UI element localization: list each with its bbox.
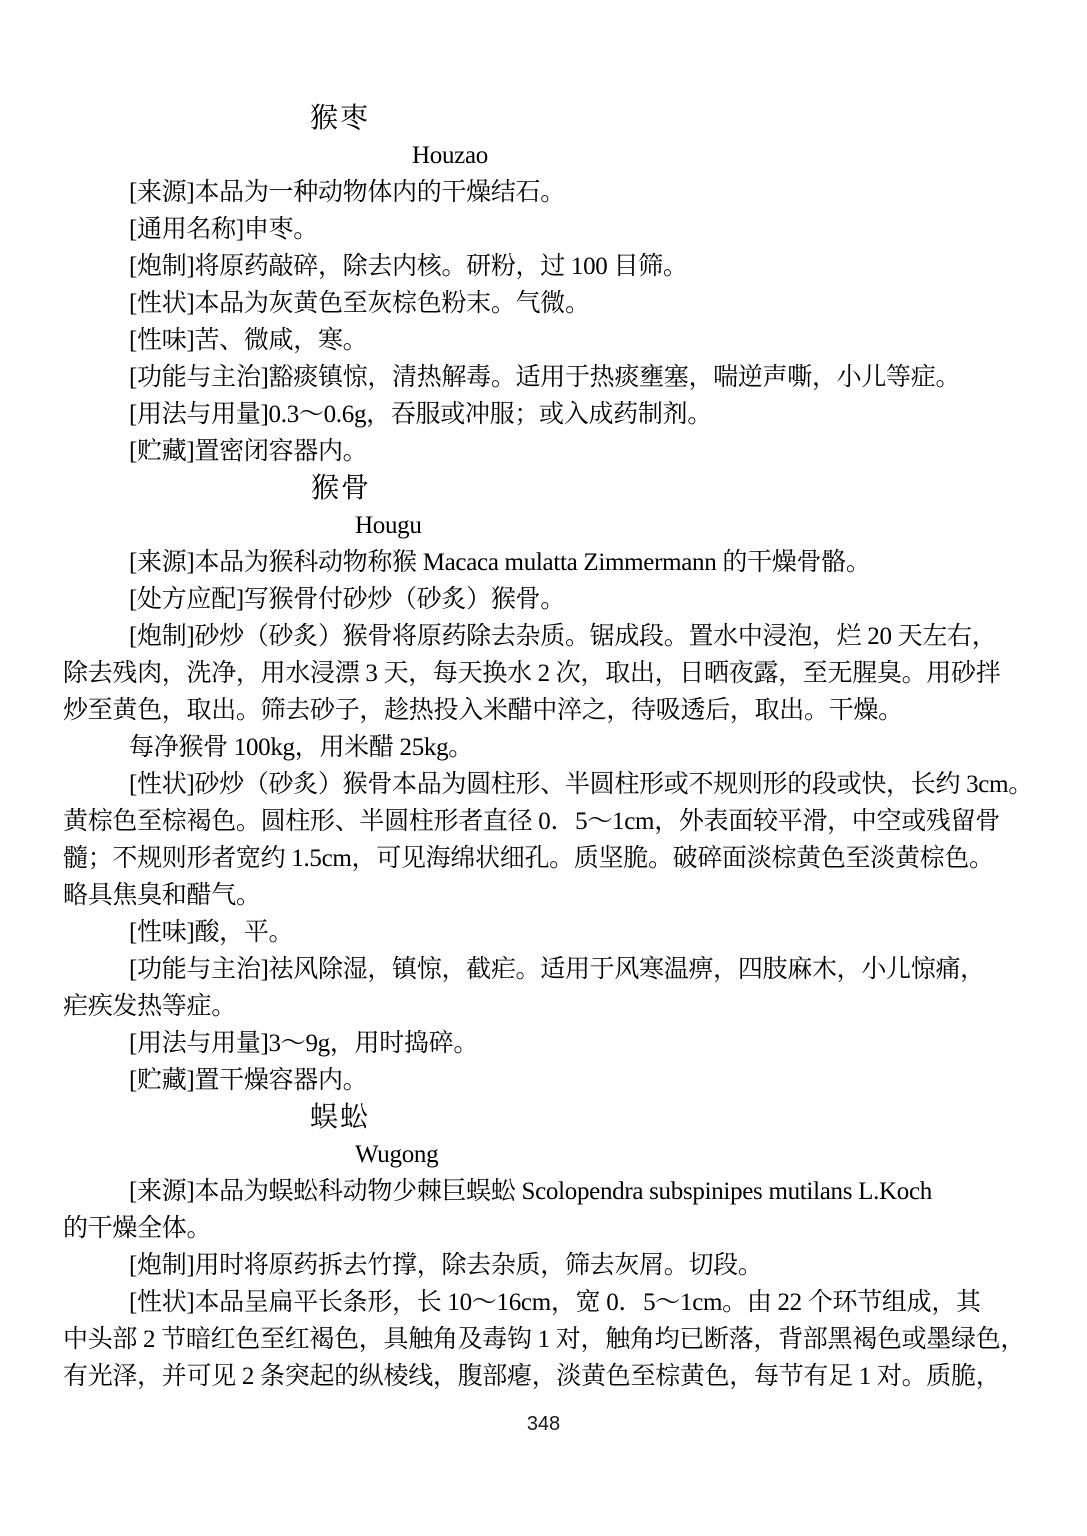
section-pinyin: Houzao: [412, 137, 1025, 174]
text-line: 除去残肉，洗净，用水浸漂 3 天，每天换水 2 次，取出，日晒夜露，至无腥臭。用…: [63, 655, 1025, 692]
text-line: 每净猴骨 100kg，用米醋 25kg。: [63, 729, 1025, 766]
text-line: [来源]本品为猴科动物称猴 Macaca mulatta Zimmermann …: [63, 544, 1025, 581]
text-line: [性状]砂炒（砂炙）猴骨本品为圆柱形、半圆柱形或不规则形的段或快，长约 3cm。: [63, 766, 1025, 803]
text-line: [炮制]用时将原药拆去竹撑，除去杂质，筛去灰屑。切段。: [63, 1247, 1025, 1284]
section-pinyin: Wugong: [355, 1136, 1025, 1173]
section-title: 猴枣: [310, 100, 1025, 137]
text-line: [炮制]将原药敲碎，除去内核。研粉，过 100 目筛。: [63, 248, 1025, 285]
text-line: 有光泽，并可见 2 条突起的纵棱线，腹部瘪，淡黄色至棕黄色，每节有足 1 对。质…: [63, 1358, 1025, 1395]
text-line: [用法与用量]3～9g，用时捣碎。: [63, 1025, 1025, 1062]
text-line: 黄棕色至棕褐色。圆柱形、半圆柱形者直径 0．5～1cm，外表面较平滑，中空或残留…: [63, 803, 1025, 840]
text-line: 髓；不规则形者宽约 1.5cm，可见海绵状细孔。质坚脆。破碎面淡棕黄色至淡黄棕色…: [63, 840, 1025, 877]
text-line: [性味]苦、微咸，寒。: [63, 322, 1025, 359]
text-line: 中头部 2 节暗红色至红褐色，具触角及毒钩 1 对，触角均已断落，背部黑褐色或墨…: [63, 1321, 1025, 1358]
text-line: 的干燥全体。: [63, 1210, 1025, 1247]
text-line: [性状]本品呈扁平长条形，长 10～16cm，宽 0．5～1cm。由 22 个环…: [63, 1284, 1025, 1321]
section-pinyin: Hougu: [355, 507, 1025, 544]
text-line: [功能与主治]祛风除湿，镇惊，截疟。适用于风寒温痹，四肢麻木，小儿惊痛，: [63, 951, 1025, 988]
section-title: 蜈蚣: [310, 1099, 1025, 1136]
text-line: 炒至黄色，取出。筛去砂子，趁热投入米醋中淬之，待吸透后，取出。干燥。: [63, 692, 1025, 729]
text-line: [来源]本品为蜈蚣科动物少棘巨蜈蚣 Scolopendra subspinipe…: [63, 1173, 1025, 1210]
text-line: [贮藏]置干燥容器内。: [63, 1062, 1025, 1099]
document-content: 猴枣Houzao[来源]本品为一种动物体内的干燥结石。[通用名称]申枣。[炮制]…: [63, 100, 1025, 1395]
text-line: [贮藏]置密闭容器内。: [63, 433, 1025, 470]
document-page: 猴枣Houzao[来源]本品为一种动物体内的干燥结石。[通用名称]申枣。[炮制]…: [0, 0, 1087, 1536]
text-line: [通用名称]申枣。: [63, 211, 1025, 248]
text-line: [炮制]砂炒（砂炙）猴骨将原药除去杂质。锯成段。置水中浸泡，烂 20 天左右，: [63, 618, 1025, 655]
text-line: [用法与用量]0.3～0.6g，吞服或冲服；或入成药制剂。: [63, 396, 1025, 433]
text-line: 略具焦臭和醋气。: [63, 877, 1025, 914]
text-line: [性味]酸，平。: [63, 914, 1025, 951]
section-title: 猴骨: [311, 470, 1025, 507]
text-line: [功能与主治]豁痰镇惊，清热解毒。适用于热痰壅塞，喘逆声嘶，小儿等症。: [63, 359, 1025, 396]
text-line: [处方应配]写猴骨付砂炒（砂炙）猴骨。: [63, 581, 1025, 618]
text-line: [来源]本品为一种动物体内的干燥结石。: [63, 174, 1025, 211]
text-line: 疟疾发热等症。: [63, 988, 1025, 1025]
page-number: 348: [0, 1413, 1087, 1436]
text-line: [性状]本品为灰黄色至灰棕色粉末。气微。: [63, 285, 1025, 322]
